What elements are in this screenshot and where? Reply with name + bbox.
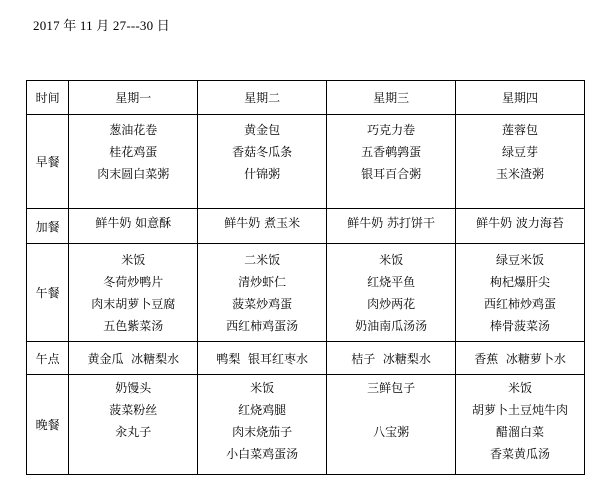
day-label: 星期三	[373, 91, 409, 105]
meal-label-morning-snack: 加餐	[27, 209, 69, 244]
menu-item: 八宝粥	[373, 421, 409, 443]
meal-label: 加餐	[36, 220, 60, 234]
meal-label-breakfast: 早餐	[27, 115, 69, 209]
menu-item: 肉末胡萝卜豆腐	[91, 293, 175, 315]
menu-item: 菠菜粉丝	[109, 399, 157, 421]
menu-item: 五色紫菜汤	[103, 315, 163, 337]
menu-item: 香蕉 冰糖萝卜水	[474, 350, 566, 367]
menu-item: 葱油花卷	[109, 119, 157, 141]
menu-item: 黄金瓜 冰糖梨水	[87, 350, 179, 367]
menu-item: 鸭梨 银耳红枣水	[216, 350, 308, 367]
lunch-tuesday: 二米饭 清炒虾仁 菠菜炒鸡蛋 西红柿鸡蛋汤	[198, 244, 327, 342]
menu-item: 奶馒头	[115, 377, 151, 399]
lunch-thursday: 绿豆米饭 枸杞爆肝尖 西红柿炒鸡蛋 棒骨菠菜汤	[456, 244, 585, 342]
menu-item: 香菜黄瓜汤	[490, 443, 550, 465]
menu-item: 小白菜鸡蛋汤	[226, 443, 298, 465]
menu-item: 鲜牛奶 如意酥	[95, 214, 171, 239]
afternoon-snack-monday: 黄金瓜 冰糖梨水	[69, 342, 198, 375]
breakfast-row: 早餐 葱油花卷 桂花鸡蛋 肉末圆白菜粥 黄金包 香菇冬瓜条 什锦粥 巧克力卷 五…	[27, 115, 585, 209]
time-header-label: 时间	[36, 91, 60, 105]
breakfast-monday: 葱油花卷 桂花鸡蛋 肉末圆白菜粥	[69, 115, 198, 209]
menu-item: 桂花鸡蛋	[109, 141, 157, 163]
lunch-wednesday: 米饭 红烧平鱼 肉炒两花 奶油南瓜汤汤	[327, 244, 456, 342]
menu-item: 肉末烧茄子	[232, 421, 292, 443]
header-row: 时间 星期一 星期二 星期三 星期四	[27, 81, 585, 115]
day-label: 星期二	[244, 91, 280, 105]
menu-item: 鲜牛奶 波力海苔	[476, 214, 564, 239]
menu-item: 肉末圆白菜粥	[97, 163, 169, 185]
dinner-thursday: 米饭 胡萝卜土豆炖牛肉 醋溜白菜 香菜黄瓜汤	[456, 375, 585, 475]
afternoon-snack-row: 午点 黄金瓜 冰糖梨水 鸭梨 银耳红枣水 桔子 冰糖梨水 香蕉 冰糖萝卜水	[27, 342, 585, 375]
lunch-row: 午餐 米饭 冬荷炒鸭片 肉末胡萝卜豆腐 五色紫菜汤 二米饭 清炒虾仁 菠菜炒鸡蛋…	[27, 244, 585, 342]
menu-item: 三鲜包子	[367, 377, 415, 399]
menu-item: 汆丸子	[115, 421, 151, 443]
dinner-tuesday: 米饭 红烧鸡腿 肉末烧茄子 小白菜鸡蛋汤	[198, 375, 327, 475]
menu-item: 鲜牛奶 煮玉米	[224, 214, 300, 239]
menu-item: 胡萝卜土豆炖牛肉	[472, 399, 568, 421]
morning-snack-monday: 鲜牛奶 如意酥	[69, 209, 198, 244]
day-header-monday: 星期一	[69, 81, 198, 115]
menu-item: 枸杞爆肝尖	[490, 271, 550, 293]
menu-item: 二米饭	[244, 249, 280, 271]
menu-item: 银耳百合粥	[361, 163, 421, 185]
meal-label: 午餐	[36, 286, 60, 300]
menu-item: 巧克力卷	[367, 119, 415, 141]
menu-item: 红烧鸡腿	[238, 399, 286, 421]
breakfast-thursday: 莲蓉包 绿豆芽 玉米渣粥	[456, 115, 585, 209]
day-header-wednesday: 星期三	[327, 81, 456, 115]
day-label: 星期一	[115, 91, 151, 105]
menu-item: 奶油南瓜汤汤	[355, 315, 427, 337]
meal-label: 早餐	[36, 155, 60, 169]
menu-item: 绿豆芽	[502, 141, 538, 163]
menu-item: 鲜牛奶 苏打饼干	[347, 214, 435, 239]
menu-item: 绿豆米饭	[496, 249, 544, 271]
menu-item: 棒骨菠菜汤	[490, 315, 550, 337]
meal-label-lunch: 午餐	[27, 244, 69, 342]
day-header-tuesday: 星期二	[198, 81, 327, 115]
afternoon-snack-thursday: 香蕉 冰糖萝卜水	[456, 342, 585, 375]
menu-item: 肉炒两花	[367, 293, 415, 315]
day-header-thursday: 星期四	[456, 81, 585, 115]
menu-item: 醋溜白菜	[496, 421, 544, 443]
menu-item: 冬荷炒鸭片	[103, 271, 163, 293]
menu-item: 菠菜炒鸡蛋	[232, 293, 292, 315]
meal-label-afternoon-snack: 午点	[27, 342, 69, 375]
day-label: 星期四	[502, 91, 538, 105]
menu-item: 桔子 冰糖梨水	[351, 350, 431, 367]
time-header: 时间	[27, 81, 69, 115]
afternoon-snack-tuesday: 鸭梨 银耳红枣水	[198, 342, 327, 375]
weekly-menu-table: 时间 星期一 星期二 星期三 星期四 早餐 葱油花卷 桂花鸡蛋 肉末圆白菜粥 黄…	[26, 80, 585, 475]
lunch-monday: 米饭 冬荷炒鸭片 肉末胡萝卜豆腐 五色紫菜汤	[69, 244, 198, 342]
menu-item: 米饭	[121, 249, 145, 271]
breakfast-wednesday: 巧克力卷 五香鹌鹑蛋 银耳百合粥	[327, 115, 456, 209]
menu-item: 莲蓉包	[502, 119, 538, 141]
morning-snack-row: 加餐 鲜牛奶 如意酥 鲜牛奶 煮玉米 鲜牛奶 苏打饼干 鲜牛奶 波力海苔	[27, 209, 585, 244]
afternoon-snack-wednesday: 桔子 冰糖梨水	[327, 342, 456, 375]
menu-item: 米饭	[250, 377, 274, 399]
breakfast-tuesday: 黄金包 香菇冬瓜条 什锦粥	[198, 115, 327, 209]
morning-snack-thursday: 鲜牛奶 波力海苔	[456, 209, 585, 244]
menu-item: 玉米渣粥	[496, 163, 544, 185]
menu-item: 黄金包	[244, 119, 280, 141]
dinner-row: 晚餐 奶馒头 菠菜粉丝 汆丸子 米饭 红烧鸡腿 肉末烧茄子 小白菜鸡蛋汤 三鲜包…	[27, 375, 585, 475]
meal-label-dinner: 晚餐	[27, 375, 69, 475]
morning-snack-tuesday: 鲜牛奶 煮玉米	[198, 209, 327, 244]
menu-item: 红烧平鱼	[367, 271, 415, 293]
menu-date-title: 2017 年 11 月 27---30 日	[33, 15, 170, 34]
menu-item: 西红柿鸡蛋汤	[226, 315, 298, 337]
meal-label: 晚餐	[36, 418, 60, 432]
meal-label: 午点	[36, 352, 60, 366]
menu-item: 五香鹌鹑蛋	[361, 141, 421, 163]
menu-item: 西红柿炒鸡蛋	[484, 293, 556, 315]
dinner-monday: 奶馒头 菠菜粉丝 汆丸子	[69, 375, 198, 475]
menu-item: 米饭	[508, 377, 532, 399]
menu-item: 什锦粥	[244, 163, 280, 185]
dinner-wednesday: 三鲜包子 八宝粥	[327, 375, 456, 475]
morning-snack-wednesday: 鲜牛奶 苏打饼干	[327, 209, 456, 244]
menu-item: 米饭	[379, 249, 403, 271]
menu-item: 清炒虾仁	[238, 271, 286, 293]
menu-item: 香菇冬瓜条	[232, 141, 292, 163]
